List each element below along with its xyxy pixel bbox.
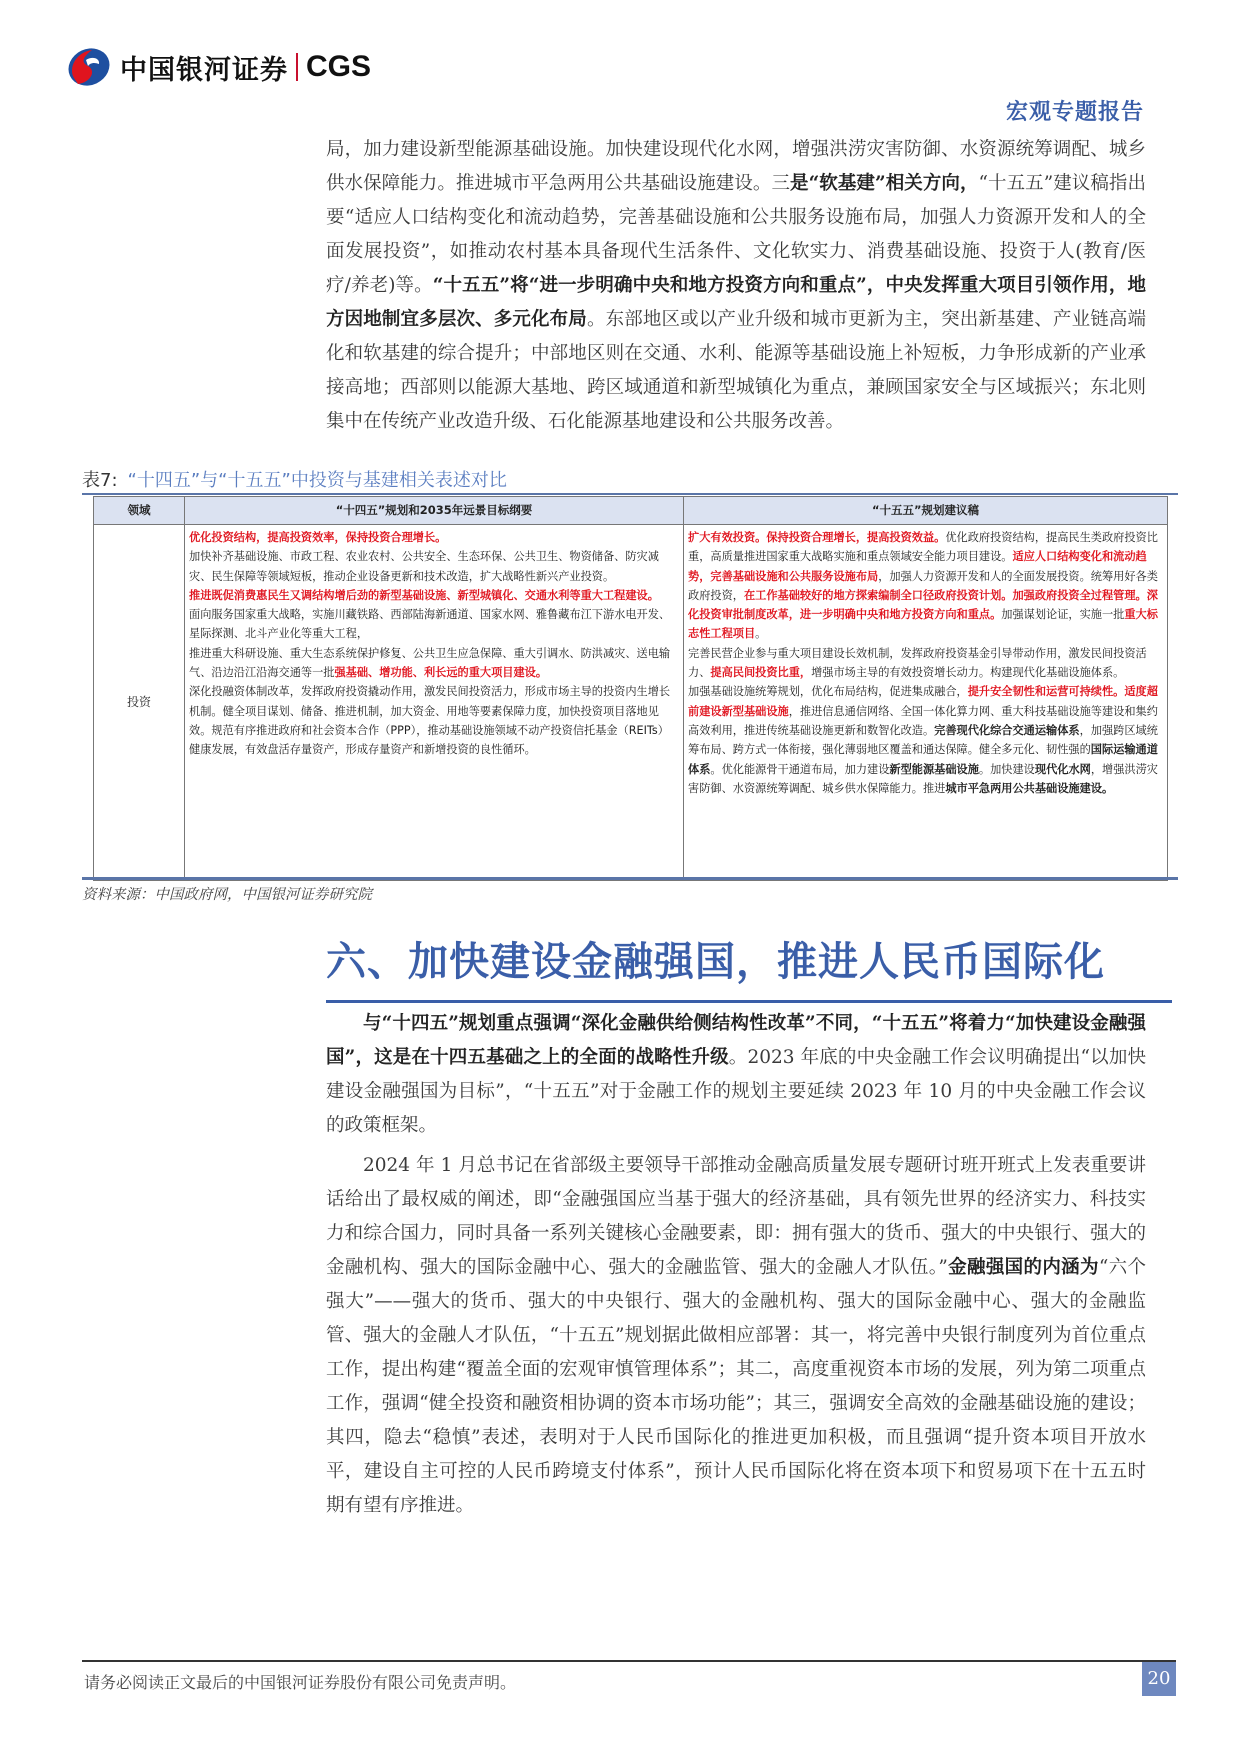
- table-caption-title: “十四五”与“十五五”中投资与基建相关表述对比: [128, 470, 507, 491]
- cell-text: 加强谋划论证，实施一批: [1001, 608, 1124, 621]
- logo-divider: [296, 53, 298, 81]
- cell-text: 加快补齐基础设施、市政工程、农业农村、公共安全、生态环保、公共卫生、物资储备、防…: [189, 547, 679, 586]
- table-source: 资料来源：中国政府网，中国银河证券研究院: [82, 883, 372, 904]
- paragraph-finance-power: 与“十四五”规划重点强调“深化金融供给侧结构性改革”不同，“十五五”将着力“加快…: [326, 1007, 1146, 1143]
- section-divider: [326, 1000, 1172, 1003]
- header-field: 领域: [94, 497, 185, 525]
- table-bottom-rule: [82, 877, 1178, 880]
- comparison-table: 领域 “十四五”规划和2035年远景目标纲要 “十五五”规划建议稿 投资 优化投…: [93, 496, 1168, 881]
- highlight-text: 推进既促消费惠民生又调结构增后劲的新型基础设施、新型城镇化、交通水利等重大工程建…: [189, 586, 679, 605]
- bold-run: 是“软基建”相关方向，: [790, 173, 978, 194]
- page-number: 20: [1142, 1662, 1176, 1696]
- cell-text: 。: [755, 627, 766, 640]
- table-caption-label: 表7:: [82, 470, 118, 491]
- table-header-row: 领域 “十四五”规划和2035年远景目标纲要 “十五五”规划建议稿: [94, 497, 1168, 525]
- cell-text: 增强市场主导的有效投资增长动力。构建现代化基础设施体系。: [811, 666, 1124, 679]
- section-heading: 六、加快建设金融强国，推进人民币国际化: [326, 930, 1105, 987]
- cell-text: 深化投融资体制改革，发挥政府投资撬动作用，激发民间投资活力，形成市场主导的投资内…: [189, 682, 679, 759]
- cell-15th-plan: 扩大有效投资。保持投资合理增长，提高投资效益。优化政府投资结构，提高民生类政府投…: [684, 525, 1168, 881]
- bold-text: 城市平急两用公共基础设施建设。: [945, 782, 1113, 795]
- table-caption: 表7:“十四五”与“十五五”中投资与基建相关表述对比: [82, 466, 507, 492]
- highlight-text: 扩大有效投资。保持投资合理增长，提高投资效益。: [688, 531, 945, 544]
- bold-text: 新型能源基础设施: [889, 763, 979, 776]
- highlight-text: 强基础、增功能、利长远的重大项目建设。: [334, 666, 547, 679]
- cell-text: 。优化能源骨干通道布局，加力建设: [710, 763, 889, 776]
- cell-14th-plan: 优化投资结构，提高投资效率，保持投资合理增长。 加快补齐基础设施、市政工程、农业…: [185, 525, 684, 881]
- field-cell: 投资: [94, 525, 185, 881]
- paragraph-six-strengths: 2024 年 1 月总书记在省部级主要领导干部推动金融高质量发展专题研讨班开班式…: [326, 1149, 1146, 1523]
- highlight-text: 提高民间投资比重，: [710, 666, 811, 679]
- footer-disclaimer: 请务必阅读正文最后的中国银河证券股份有限公司免责声明。: [84, 1670, 516, 1693]
- table-top-rule: [82, 493, 1178, 495]
- brand-name-cn: 中国银河证券: [120, 48, 288, 87]
- text-run: “六个强大”——强大的货币、强大的中央银行、强大的金融机构、强大的国际金融中心、…: [326, 1257, 1146, 1516]
- cell-text: 。加快建设: [979, 763, 1035, 776]
- footer-rule: [82, 1660, 1176, 1662]
- highlight-text: 优化投资结构，提高投资效率，保持投资合理增长。: [189, 528, 679, 547]
- cell-text: 面向服务国家重大战略，实施川藏铁路、西部陆海新通道、国家水网、雅鲁藏布江下游水电…: [189, 605, 679, 644]
- paragraph-infrastructure: 局，加力建设新型能源基础设施。加快建设现代化水网，增强洪涝灾害防御、水资源统筹调…: [326, 133, 1146, 439]
- bold-run: 金融强国的内涵为: [948, 1257, 1099, 1278]
- cell-text: 加强基础设施统筹规划，优化布局结构，促进集成融合，: [688, 685, 968, 698]
- brand-name-en: CGS: [306, 50, 371, 84]
- bold-text: 现代化水网: [1035, 763, 1091, 776]
- bold-text: 完善现代化综合交通运输体系: [934, 724, 1079, 737]
- header-15th-plan: “十五五”规划建议稿: [684, 497, 1168, 525]
- company-logo: 中国银河证券 CGS: [66, 44, 371, 90]
- table-row: 投资 优化投资结构，提高投资效率，保持投资合理增长。 加快补齐基础设施、市政工程…: [94, 525, 1168, 881]
- report-type-label: 宏观专题报告: [1006, 95, 1144, 126]
- header-14th-plan: “十四五”规划和2035年远景目标纲要: [185, 497, 684, 525]
- logo-mark-icon: [66, 44, 112, 90]
